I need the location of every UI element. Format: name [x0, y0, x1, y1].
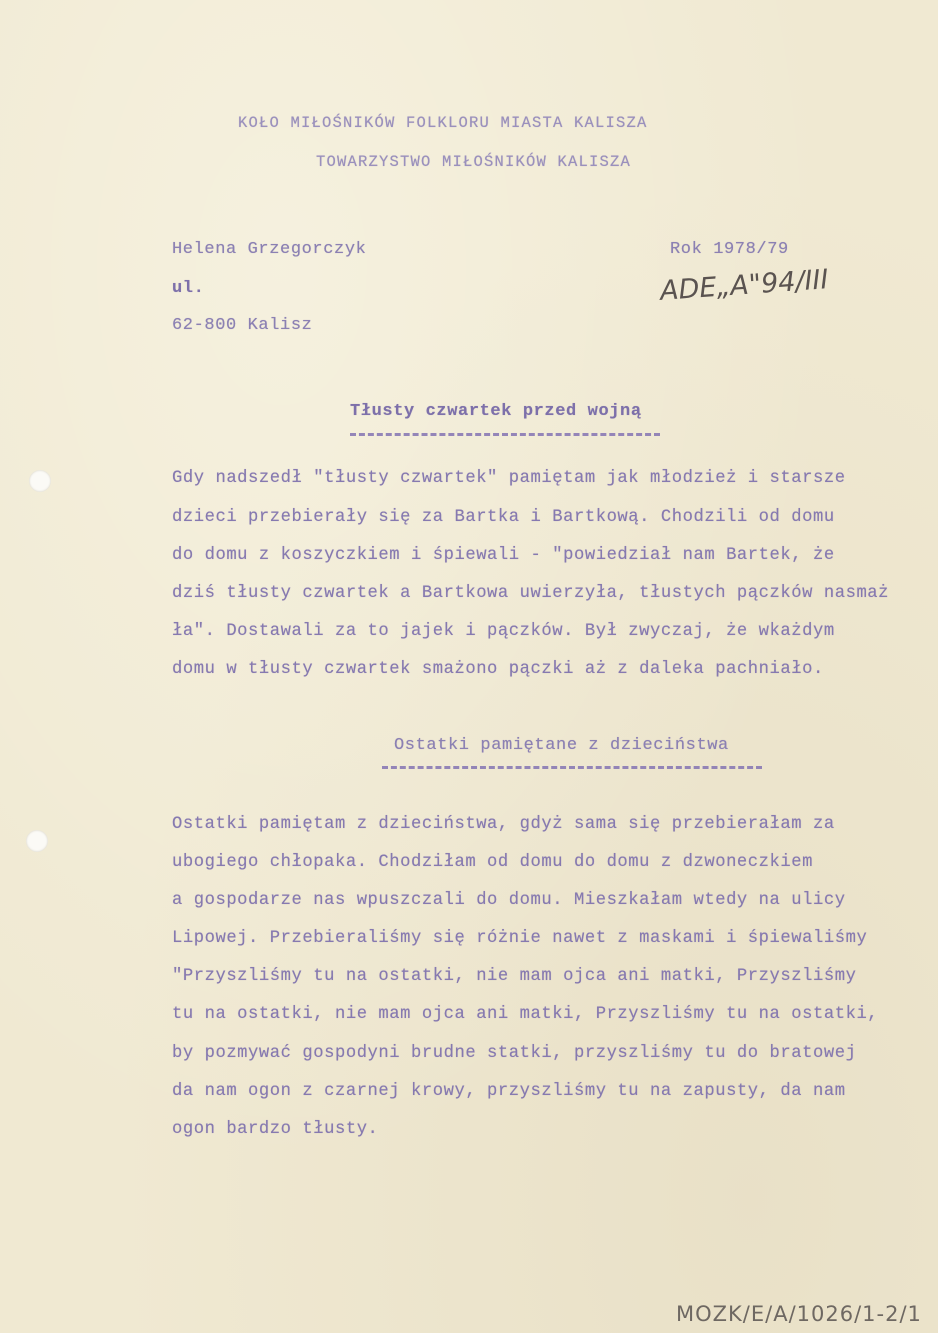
author-city: 62-800 Kalisz: [172, 316, 312, 335]
section-2-title-underline: [382, 766, 762, 769]
section-1-line: dzieci przebierały się za Bartka i Bartk…: [172, 508, 835, 527]
section-1-line: Gdy nadszedł "tłusty czwartek" pamiętam …: [172, 469, 846, 488]
section-2-line: Lipowej. Przebieraliśmy się różnie nawet…: [172, 929, 867, 948]
punch-hole-top: [29, 470, 51, 492]
document-page: KOŁO MIŁOŚNIKÓW FOLKLORU MIASTA KALISZA …: [0, 0, 938, 1333]
section-1-line: ła". Dostawali za to jajek i pączków. By…: [172, 622, 835, 641]
letterhead-line-2: TOWARZYSTWO MIŁOŚNIKÓW KALISZA: [316, 153, 631, 171]
section-2-title: Ostatki pamiętane z dzieciństwa: [394, 736, 729, 755]
section-1-title-underline: [350, 433, 660, 436]
section-2-line: ogon bardzo tłusty.: [172, 1120, 378, 1139]
section-1-line: do domu z koszyczkiem i śpiewali - "powi…: [172, 546, 835, 565]
section-2-line: a gospodarze nas wpuszczali do domu. Mie…: [172, 891, 846, 910]
punch-hole-bottom: [26, 830, 48, 852]
author-street: ul.: [172, 279, 204, 298]
section-1-line: domu w tłusty czwartek smażono pączki aż…: [172, 660, 824, 679]
section-2-line: da nam ogon z czarnej krowy, przyszliśmy…: [172, 1082, 846, 1101]
section-2-line: by pozmywać gospodyni brudne statki, prz…: [172, 1044, 856, 1063]
author-name: Helena Grzegorczyk: [172, 240, 366, 259]
letterhead-line-1: KOŁO MIŁOŚNIKÓW FOLKLORU MIASTA KALISZA: [238, 114, 648, 132]
section-2-line: tu na ostatki, nie mam ojca ani matki, P…: [172, 1005, 878, 1024]
section-2-line: "Przyszliśmy tu na ostatki, nie mam ojca…: [172, 967, 856, 986]
archive-mark-handwritten: ADE„A"94/III: [659, 264, 829, 307]
section-1-title: Tłusty czwartek przed wojną: [350, 402, 642, 421]
archive-signature-footer: MOZK/E/A/1026/1-2/1: [676, 1302, 922, 1326]
section-1-line: dziś tłusty czwartek a Bartkowa uwierzył…: [172, 584, 889, 603]
year-label: Rok 1978/79: [670, 240, 789, 259]
section-2-line: ubogiego chłopaka. Chodziłam od domu do …: [172, 853, 813, 872]
section-2-line: Ostatki pamiętam z dzieciństwa, gdyż sam…: [172, 815, 835, 834]
